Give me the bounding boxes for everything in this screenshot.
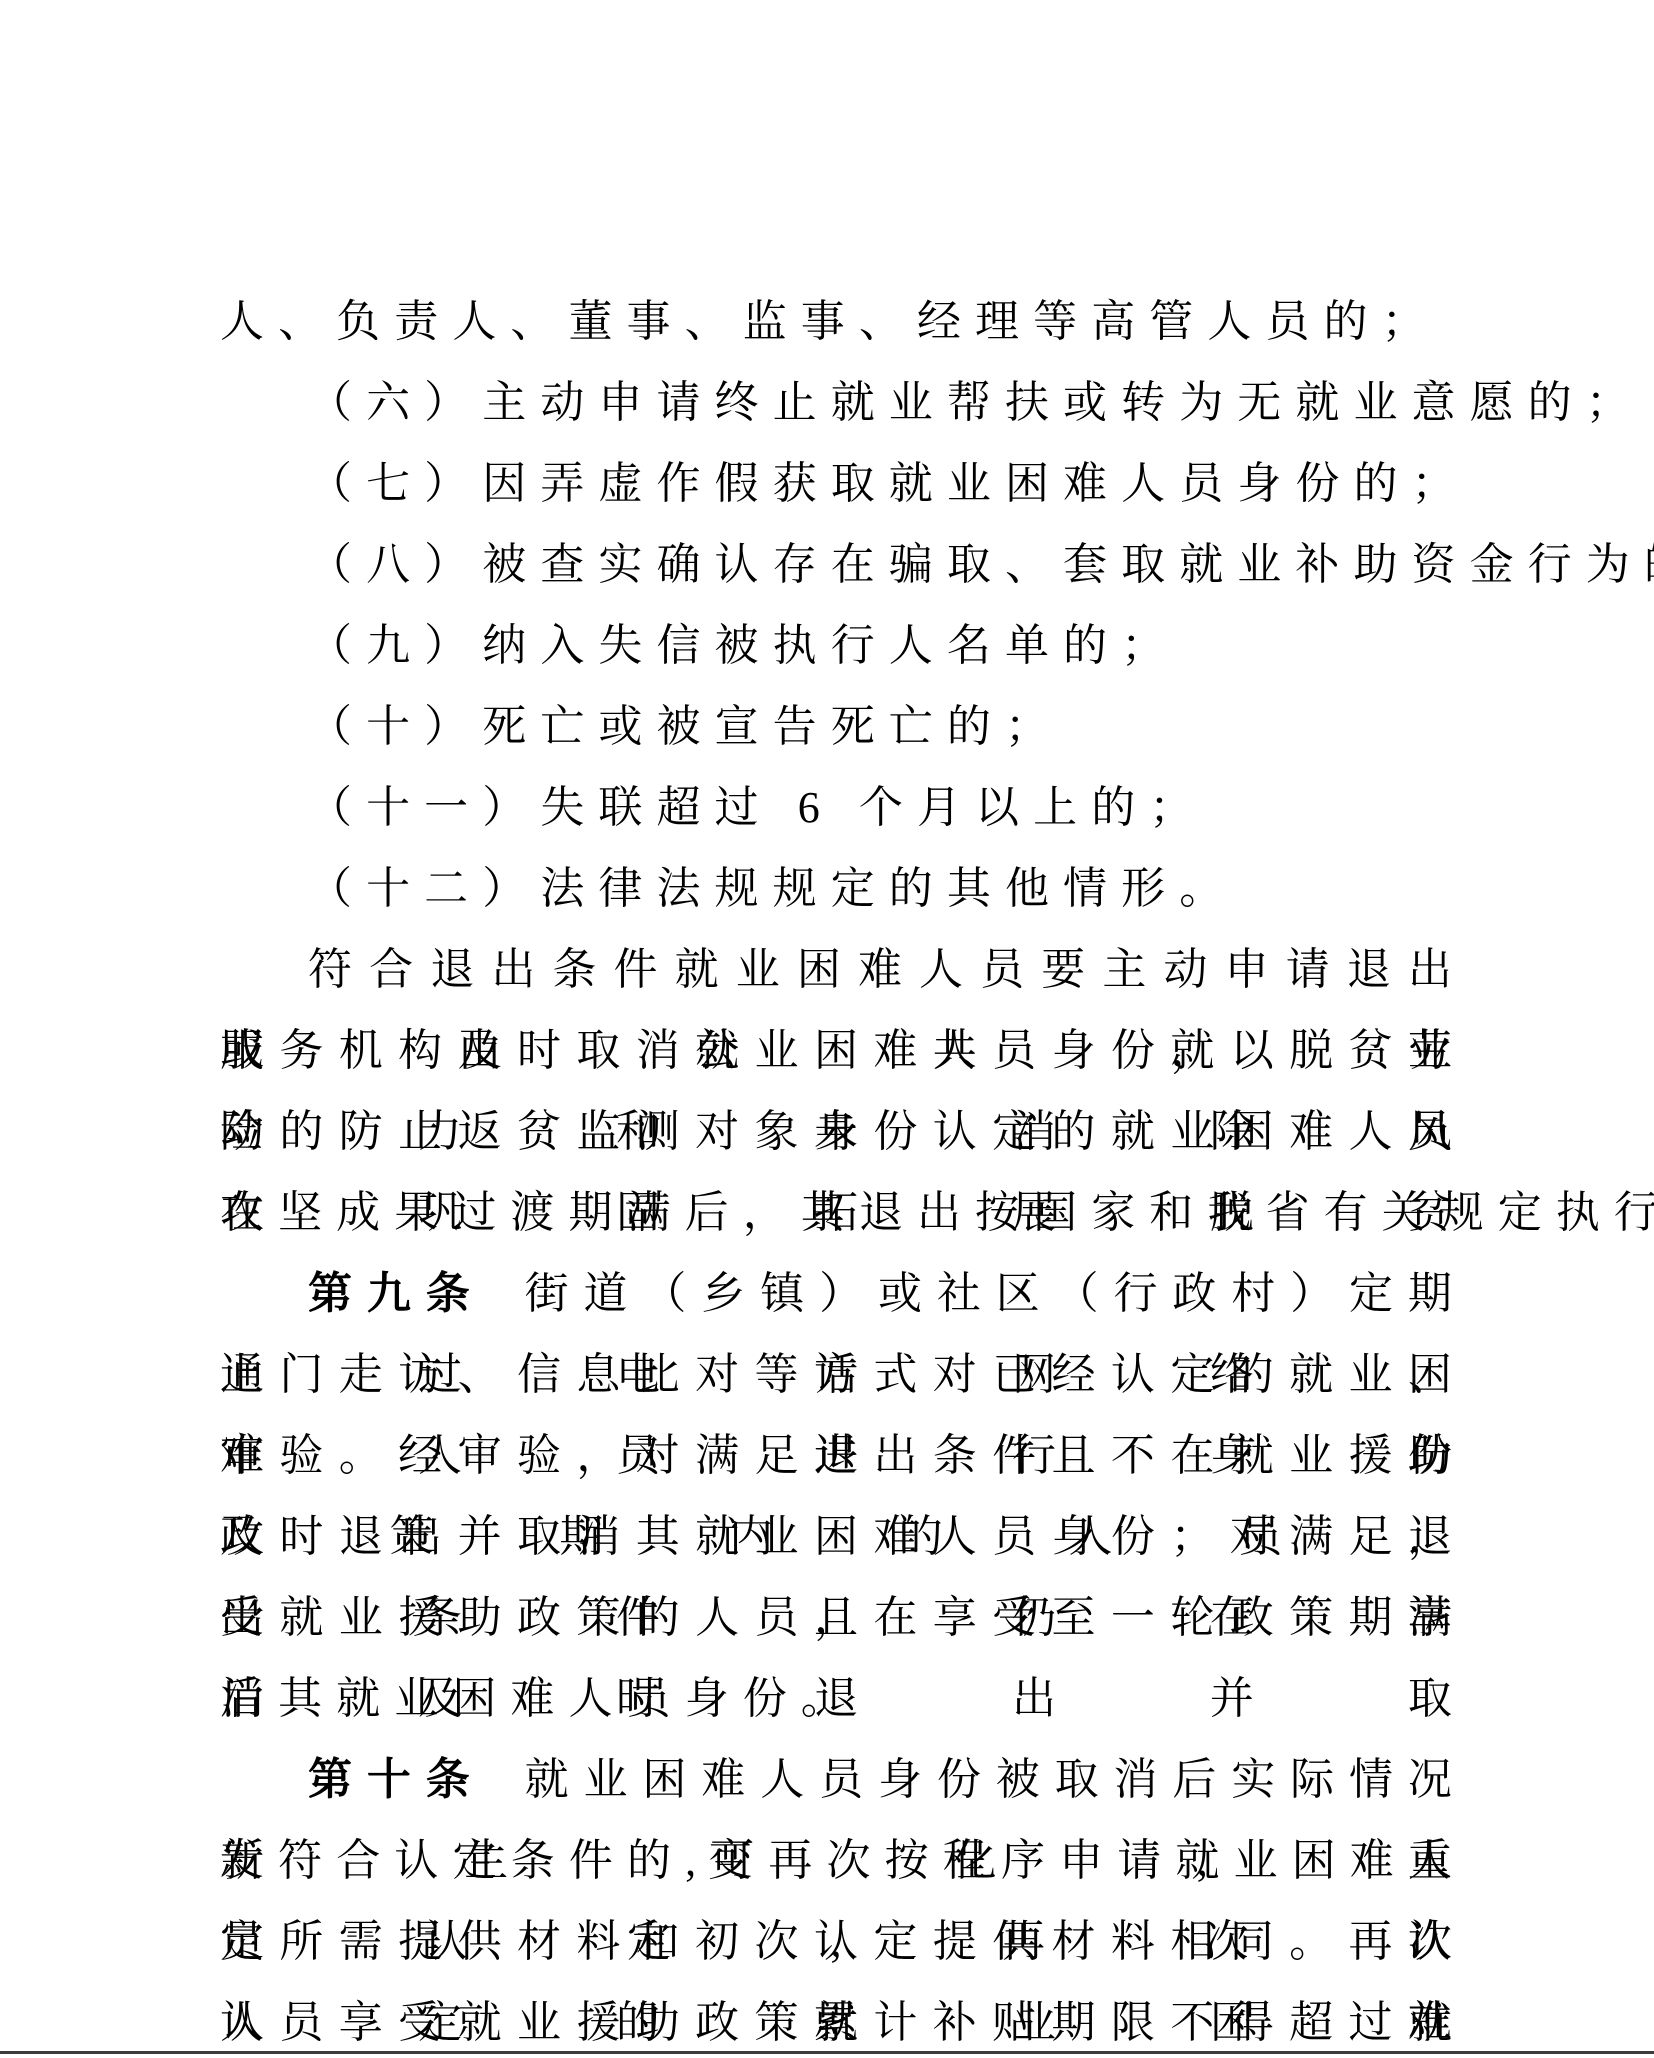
document-page: 人、负责人、董事、监事、经理等高管人员的； （六）主动申请终止就业帮扶或转为无就… xyxy=(0,0,1654,2058)
clause-item-8: （八）被查实确认存在骗取、套取就业补助资金行为的； xyxy=(220,524,1466,605)
clause-item-10: （十）死亡或被宣告死亡的； xyxy=(220,686,1466,767)
paragraph-line: 及时退出并取消其就业困难人员身份；对满足退出条件且仍在享 xyxy=(220,1496,1466,1577)
clause-item-9: （九）纳入失信被执行人名单的； xyxy=(220,605,1466,686)
clause-item-7: （七）因弄虚作假获取就业困难人员身份的； xyxy=(220,443,1466,524)
paragraph-line: 上门走访、信息比对等方式对已经认定的就业困难人员进行身份 xyxy=(220,1334,1466,1415)
paragraph-line: 定所需提供材料和初次认定提供材料相同。再次认定的就业困难 xyxy=(220,1901,1466,1982)
paragraph-line: 服务机构及时取消就业困难人员身份，以脱贫劳动力和未消除风 xyxy=(220,1010,1466,1091)
article-9-line: 第九条街道（乡镇）或社区（行政村）定期通过电话网络、 xyxy=(220,1253,1466,1334)
clause-item-12: （十二）法律法规规定的其他情形。 xyxy=(220,848,1466,929)
clause-item-6: （六）主动申请终止就业帮扶或转为无就业意愿的； xyxy=(220,362,1466,443)
page-bottom-rule xyxy=(0,2051,1654,2054)
article-9-label: 第九条 xyxy=(308,1269,485,1318)
continuation-line: 人、负责人、董事、监事、经理等高管人员的； xyxy=(220,281,1466,362)
article-10-line: 第十条就业困难人员身份被取消后实际情况发生变化,重 xyxy=(220,1739,1466,1820)
article-10-label: 第十条 xyxy=(308,1755,485,1804)
document-text-block: 人、负责人、董事、监事、经理等高管人员的； （六）主动申请终止就业帮扶或转为无就… xyxy=(220,281,1466,2058)
paragraph-line: 新符合认定条件的,可再次按程序申请就业困难人员认定,再次认 xyxy=(220,1820,1466,1901)
paragraph-line: 受就业援助政策的人员，在享受至一轮政策期满后及时退出并取 xyxy=(220,1577,1466,1658)
paragraph-line: 审验。经审验，对满足退出条件且不在就业援助政策期内的人员， xyxy=(220,1415,1466,1496)
paragraph-line: 符合退出条件就业困难人员要主动申请退出或由公共就业 xyxy=(220,929,1466,1010)
paragraph-line: 险的防止返贫监测对象身份认定的就业困难人员在巩固拓展脱贫 xyxy=(220,1091,1466,1172)
paragraph-line: 人员享受就业援助政策累计补贴期限不得超过就业援助政策规定 xyxy=(220,1982,1466,2058)
clause-item-11: （十一）失联超过 6 个月以上的； xyxy=(220,767,1466,848)
paragraph-line: 攻坚成果过渡期满后，其退出按国家和我省有关规定执行。 xyxy=(220,1172,1466,1253)
